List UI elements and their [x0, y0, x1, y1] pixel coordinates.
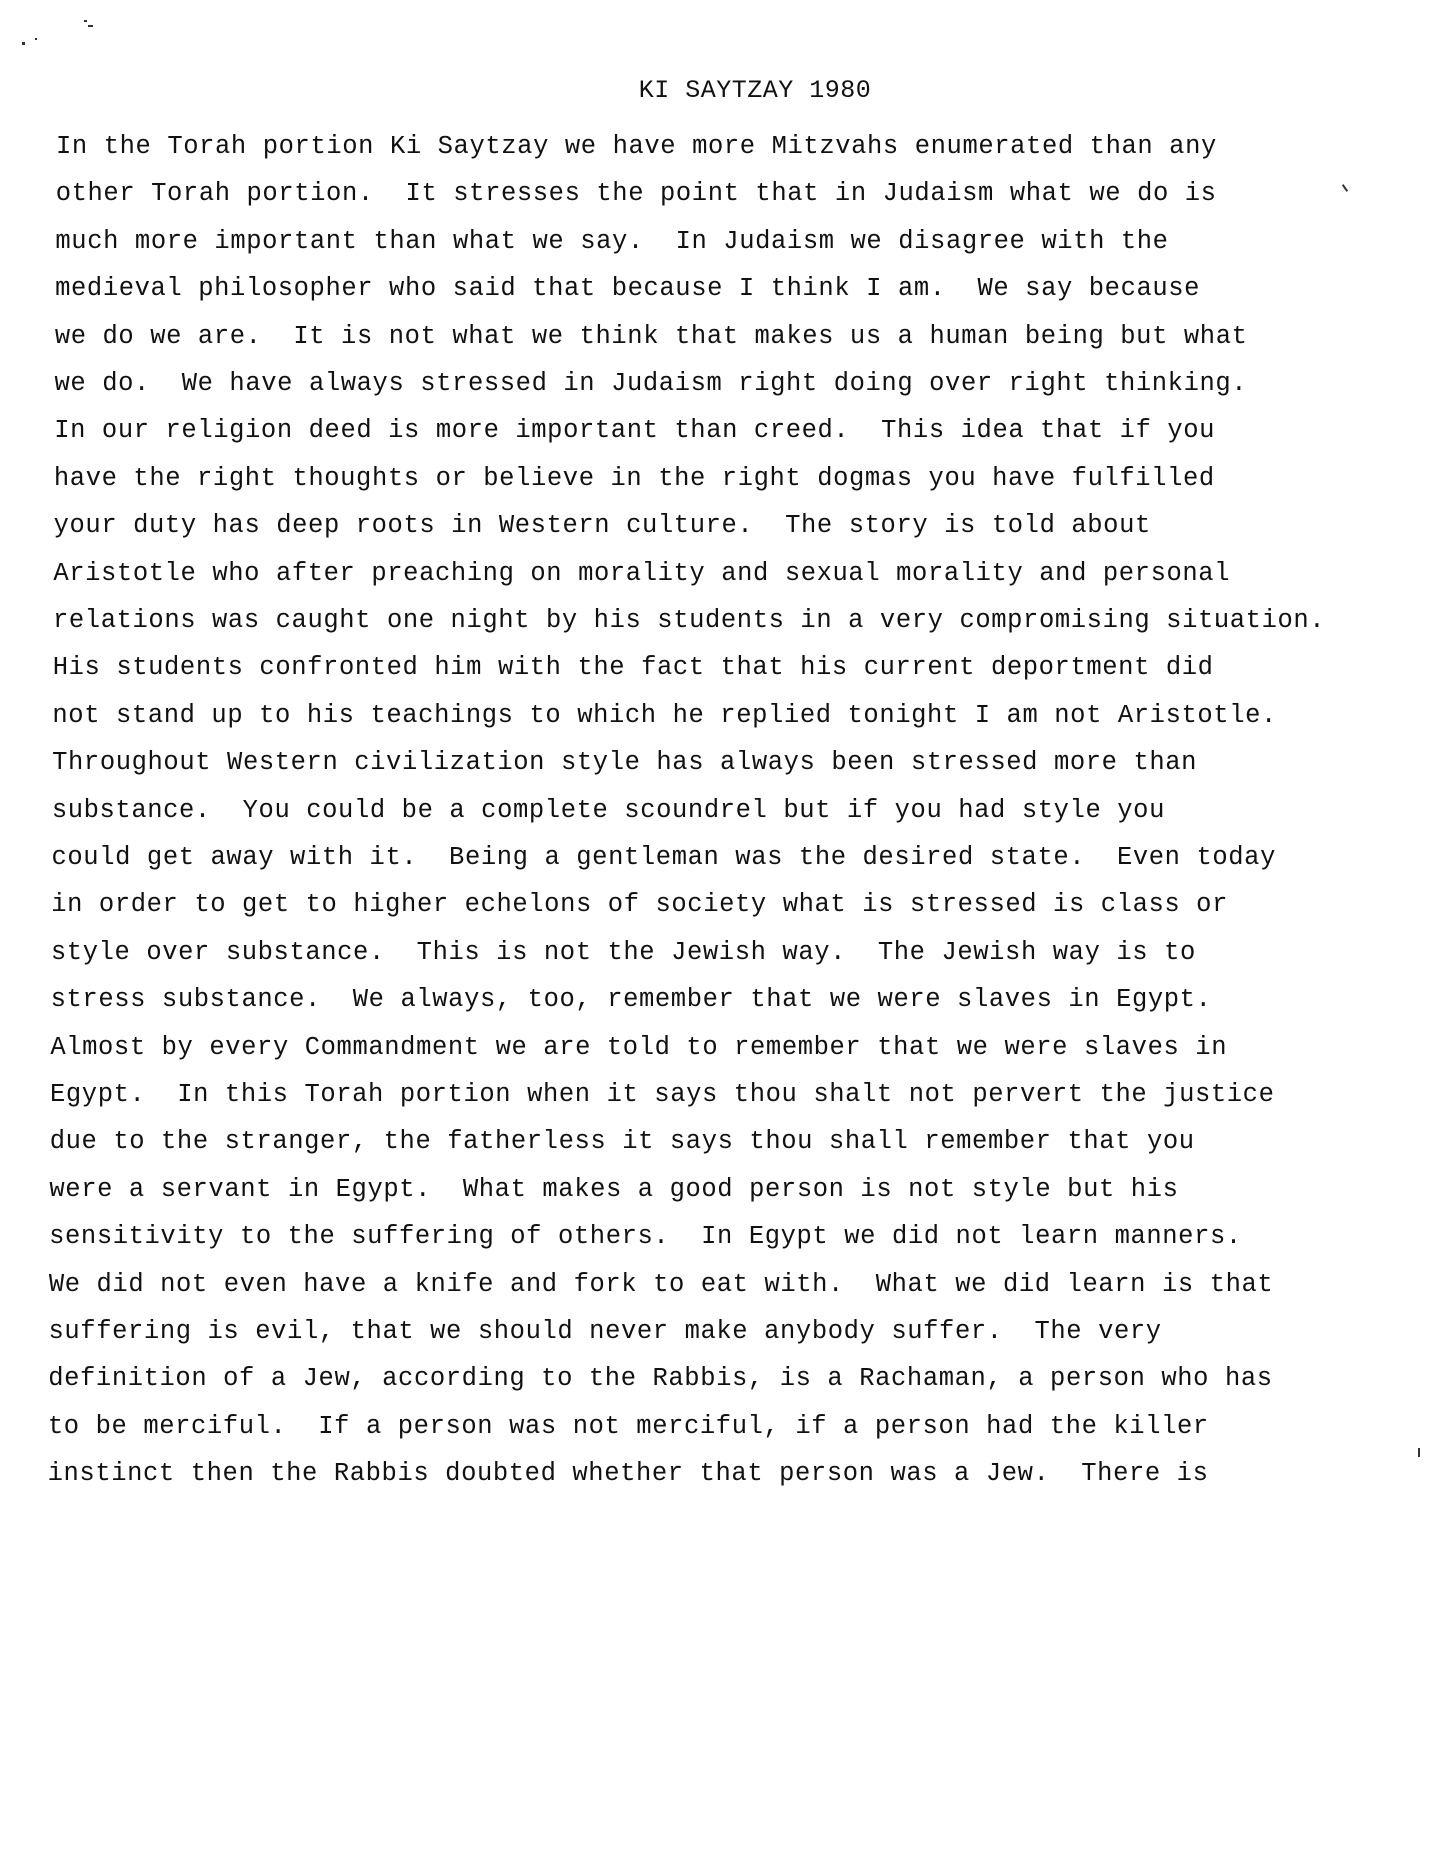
text-line: suffering is evil, that we should never … [49, 1317, 1162, 1347]
scan-speck [88, 25, 93, 27]
text-line: We did not even have a knife and fork to… [49, 1270, 1274, 1300]
text-line: Aristotle who after preaching on moralit… [53, 559, 1230, 589]
text-line: Throughout Western civilization style ha… [52, 748, 1197, 778]
text-line: have the right thoughts or believe in th… [54, 464, 1215, 494]
text-line: Almost by every Commandment we are told … [50, 1033, 1227, 1063]
text-line: style over substance. This is not the Je… [51, 938, 1196, 968]
text-line: much more important than what we say. In… [55, 227, 1168, 257]
text-line: definition of a Jew, according to the Ra… [48, 1364, 1273, 1394]
text-line: other Torah portion. It stresses the poi… [56, 179, 1217, 209]
scan-speck [1342, 184, 1348, 192]
text-line: were a servant in Egypt. What makes a go… [49, 1175, 1178, 1205]
text-line: substance. You could be a complete scoun… [52, 796, 1165, 826]
text-line: we do we are. It is not what we think th… [55, 322, 1248, 352]
text-line: to be merciful. If a person was not merc… [48, 1412, 1209, 1442]
text-line: your duty has deep roots in Western cult… [54, 511, 1151, 541]
text-line: sensitivity to the suffering of others. … [49, 1222, 1242, 1252]
scan-speck [84, 20, 87, 22]
document-page: KI SAYTZAY 1980 In the Torah portion Ki … [0, 0, 1430, 1851]
text-line: instinct then the Rabbis doubted whether… [48, 1459, 1209, 1489]
text-line: Egypt. In this Torah portion when it say… [50, 1080, 1275, 1110]
text-line: His students confronted him with the fac… [53, 653, 1214, 683]
text-line: could get away with it. Being a gentlema… [52, 843, 1277, 873]
text-line: medieval philosopher who said that becau… [55, 274, 1200, 304]
text-line: In our religion deed is more important t… [54, 416, 1215, 446]
text-line: In the Torah portion Ki Saytzay we have … [56, 132, 1217, 162]
text-line: in order to get to higher echelons of so… [51, 890, 1228, 920]
text-line: stress substance. We always, too, rememb… [51, 985, 1212, 1015]
scan-speck [35, 38, 37, 40]
text-line: due to the stranger, the fatherless it s… [50, 1127, 1195, 1157]
scan-speck [22, 42, 25, 45]
scan-speck [1418, 1448, 1420, 1457]
text-line: not stand up to his teachings to which h… [52, 701, 1277, 731]
document-title: KI SAYTZAY 1980 [0, 76, 1430, 105]
text-line: relations was caught one night by his st… [53, 606, 1325, 636]
text-line: we do. We have always stressed in Judais… [55, 369, 1248, 399]
